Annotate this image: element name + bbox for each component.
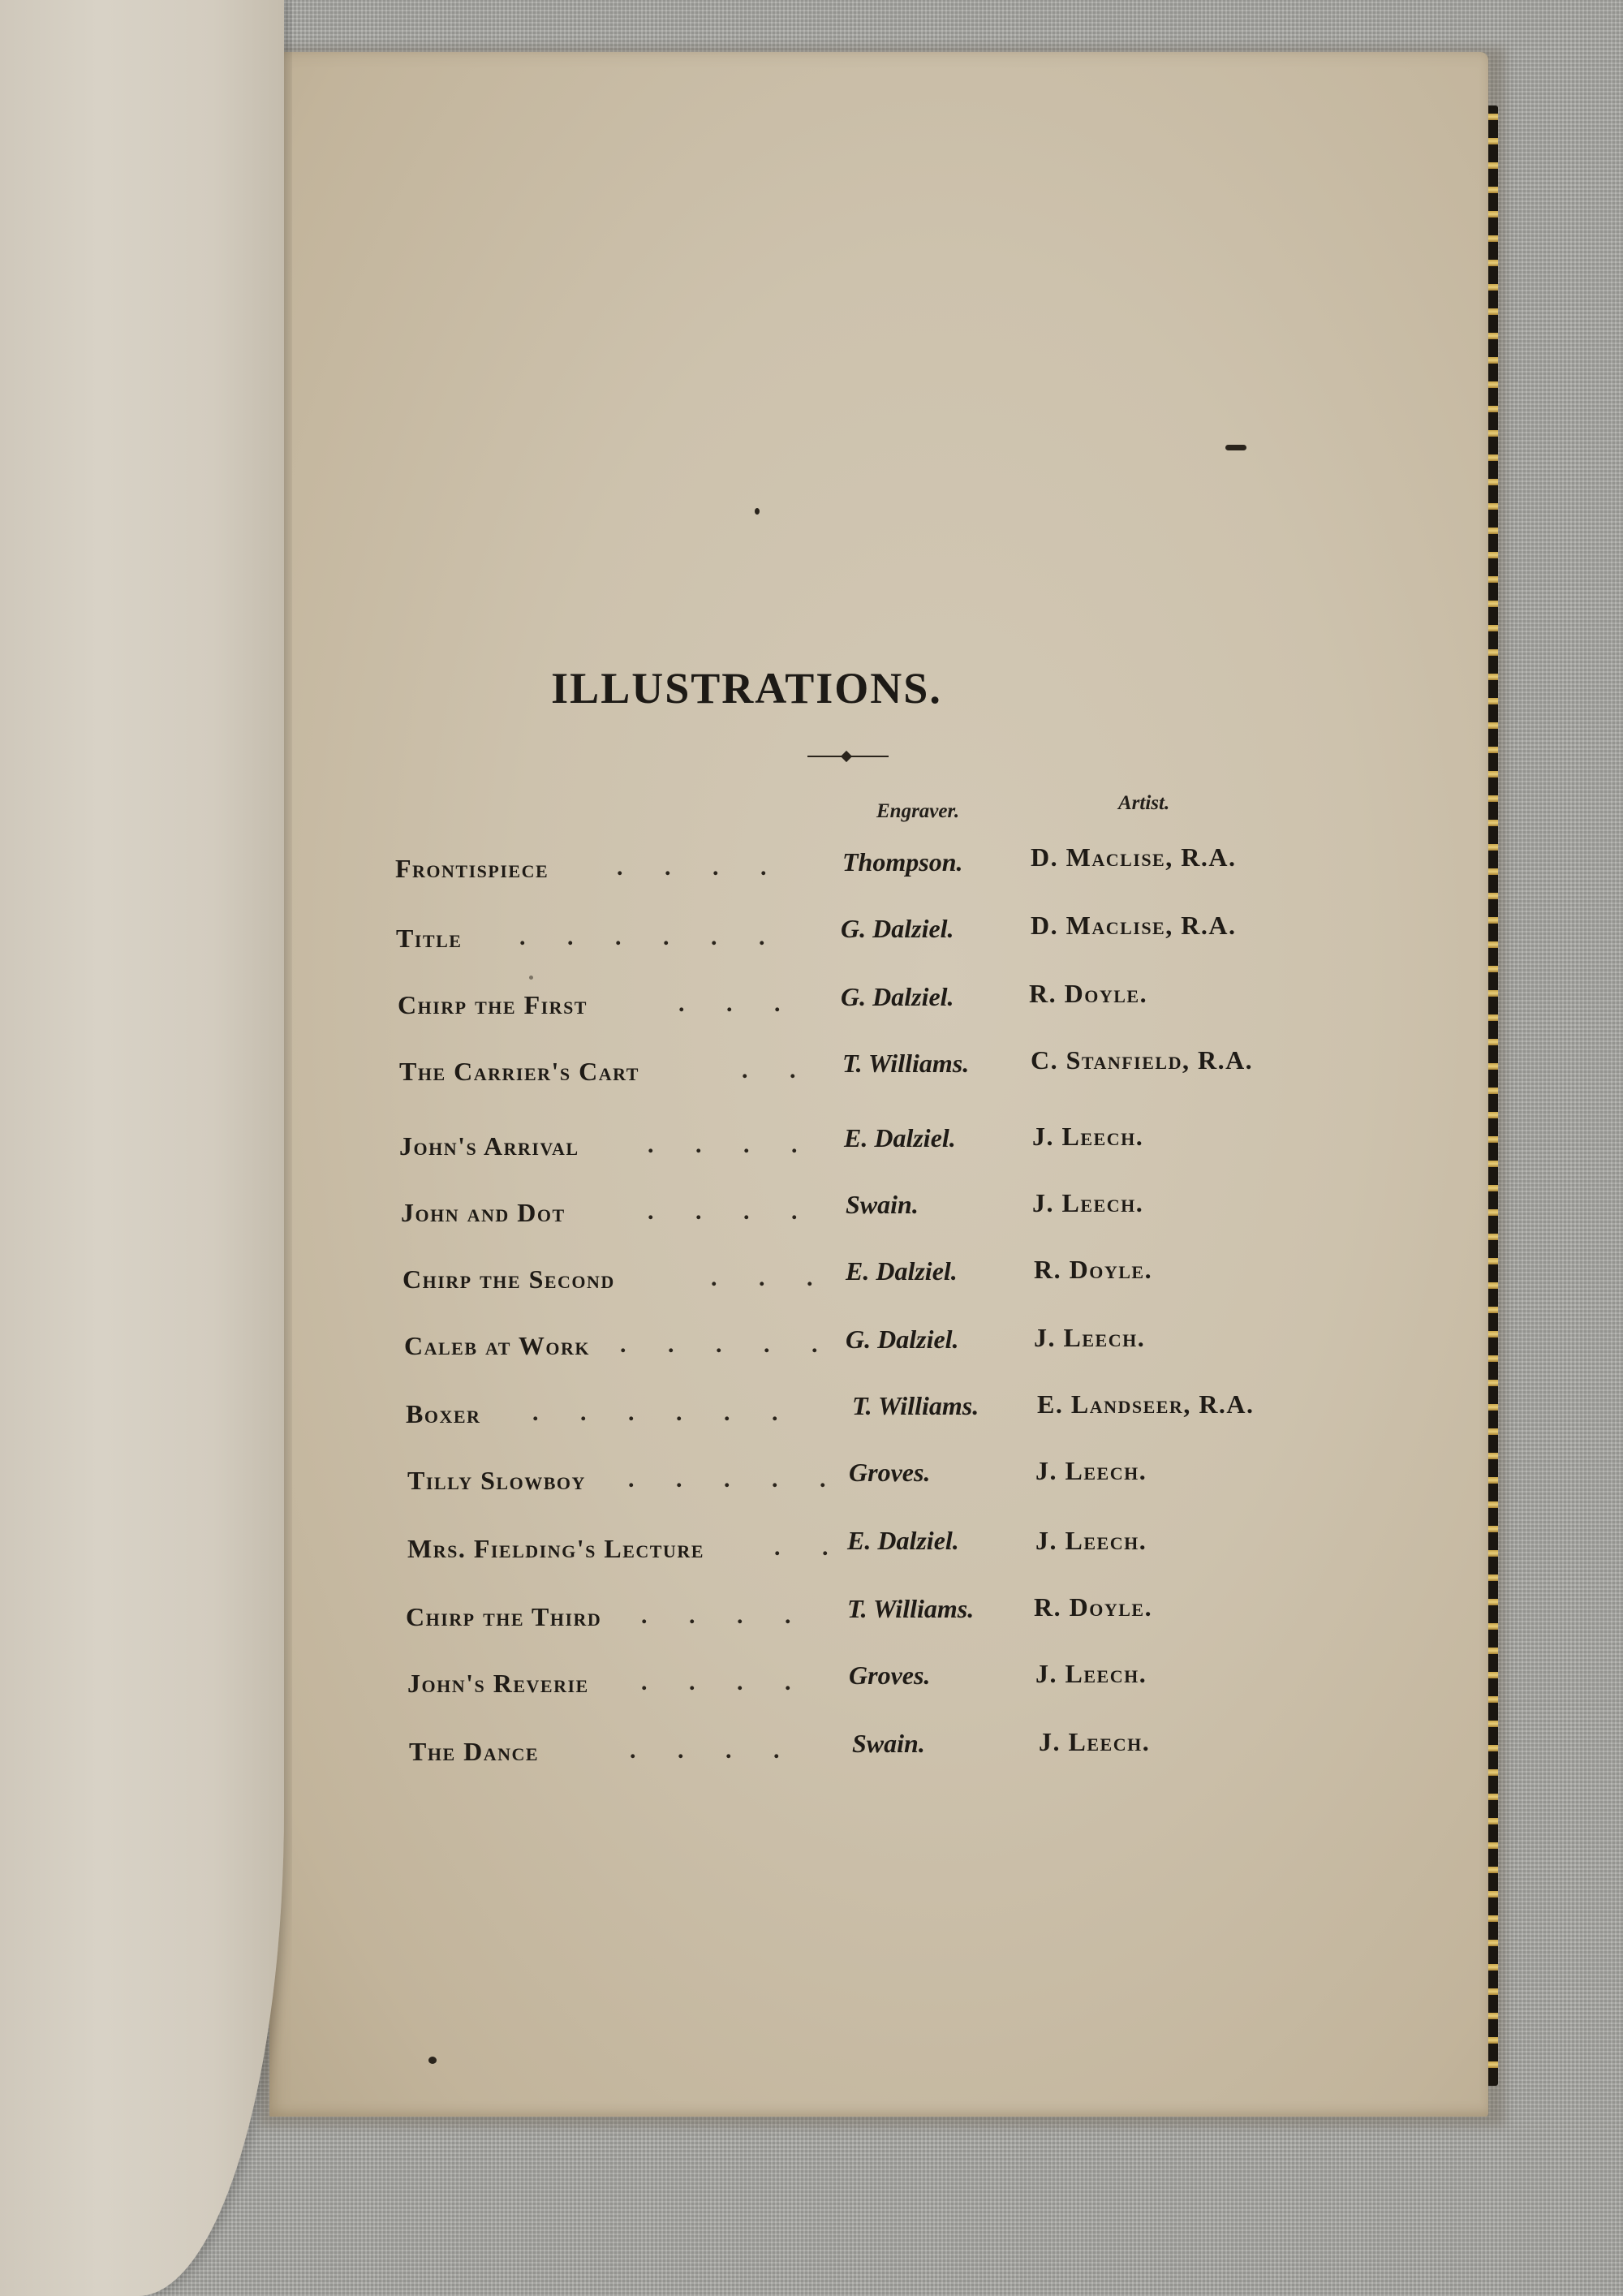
list-item: Caleb at Work . . . . . G. Dalziel. J. L…	[0, 1331, 1623, 1372]
engraver: T. Williams.	[842, 1049, 969, 1079]
subject: Frontispiece	[395, 854, 549, 884]
subject: Chirp the Second	[403, 1264, 615, 1294]
artist: D. Maclise, R.A.	[1031, 911, 1236, 941]
artist: J. Leech.	[1032, 1188, 1143, 1218]
subject: Boxer	[406, 1399, 480, 1429]
dot-leader: . . . . . .	[519, 924, 783, 951]
subject: John and Dot	[401, 1198, 566, 1228]
dot-leader: . . .	[711, 1264, 831, 1292]
list-item: The Dance . . . . Swain. J. Leech.	[0, 1737, 1623, 1777]
list-item: The Carrier's Cart . . T. Williams. C. S…	[0, 1057, 1623, 1097]
subject: Mrs. Fielding's Lecture	[407, 1534, 704, 1564]
list-item: Frontispiece . . . . Thompson. D. Maclis…	[0, 854, 1623, 894]
dot-leader: . .	[742, 1057, 814, 1084]
engraver: Swain.	[852, 1729, 925, 1759]
artist: J. Leech.	[1035, 1659, 1147, 1689]
engraver: G. Dalziel.	[841, 982, 954, 1012]
artist: E. Landseer, R.A.	[1037, 1389, 1255, 1419]
subject: John's Arrival	[399, 1131, 579, 1161]
dot-leader: . . . .	[630, 1737, 798, 1764]
dot-leader: . . . .	[648, 1131, 816, 1159]
artist: J. Leech.	[1039, 1727, 1150, 1757]
subject: The Dance	[409, 1737, 539, 1767]
artist: J. Leech.	[1035, 1456, 1147, 1486]
engraver: Groves.	[849, 1458, 930, 1488]
subject: Tilly Slowboy	[407, 1466, 586, 1496]
list-item: John's Reverie . . . . Groves. J. Leech.	[0, 1669, 1623, 1709]
subject: The Carrier's Cart	[399, 1057, 639, 1087]
list-item: Chirp the First . . . G. Dalziel. R. Doy…	[0, 990, 1623, 1031]
engraver: Swain.	[846, 1190, 919, 1220]
subject: Caleb at Work	[404, 1331, 590, 1361]
dot-leader: . . . . .	[628, 1466, 844, 1493]
illustrations-list: Frontispiece . . . . Thompson. D. Maclis…	[0, 0, 1623, 2296]
engraver: G. Dalziel.	[846, 1325, 959, 1355]
dot-leader: . . . .	[641, 1602, 809, 1630]
dot-leader: . . . . . .	[532, 1399, 796, 1427]
list-item: John and Dot . . . . Swain. J. Leech.	[0, 1198, 1623, 1238]
list-item: Chirp the Third . . . . T. Williams. R. …	[0, 1602, 1623, 1643]
engraver: G. Dalziel.	[841, 914, 954, 944]
engraver: T. Williams.	[852, 1391, 979, 1421]
artist: J. Leech.	[1034, 1323, 1145, 1353]
list-item: Mrs. Fielding's Lecture . . E. Dalziel. …	[0, 1534, 1623, 1574]
list-item: Tilly Slowboy . . . . . Groves. J. Leech…	[0, 1466, 1623, 1506]
artist: C. Stanfield, R.A.	[1031, 1045, 1253, 1075]
list-item: Title . . . . . . G. Dalziel. D. Maclise…	[0, 924, 1623, 964]
engraver: E. Dalziel.	[847, 1526, 959, 1556]
artist: D. Maclise, R.A.	[1031, 842, 1236, 872]
dot-leader: . . . .	[641, 1669, 809, 1696]
subject: Chirp the First	[398, 990, 588, 1020]
artist: R. Doyle.	[1029, 979, 1147, 1009]
engraver: E. Dalziel.	[844, 1123, 956, 1153]
list-item: John's Arrival . . . . E. Dalziel. J. Le…	[0, 1131, 1623, 1172]
list-item: Chirp the Second . . . E. Dalziel. R. Do…	[0, 1264, 1623, 1305]
engraver: Thompson.	[842, 847, 962, 877]
dot-leader: . .	[774, 1534, 846, 1562]
list-item: Boxer . . . . . . T. Williams. E. Landse…	[0, 1399, 1623, 1440]
dot-leader: . . . .	[617, 854, 785, 881]
dot-leader: . . . . .	[620, 1331, 836, 1359]
subject: Title	[396, 924, 462, 954]
dot-leader: . . .	[678, 990, 799, 1018]
subject: John's Reverie	[407, 1669, 589, 1699]
artist: R. Doyle.	[1034, 1255, 1152, 1285]
engraver: E. Dalziel.	[846, 1256, 958, 1286]
engraver: T. Williams.	[847, 1594, 974, 1624]
subject: Chirp the Third	[406, 1602, 601, 1632]
artist: J. Leech.	[1032, 1122, 1143, 1152]
artist: J. Leech.	[1035, 1526, 1147, 1556]
dot-leader: . . . .	[648, 1198, 816, 1226]
engraver: Groves.	[849, 1661, 930, 1691]
artist: R. Doyle.	[1034, 1592, 1152, 1622]
